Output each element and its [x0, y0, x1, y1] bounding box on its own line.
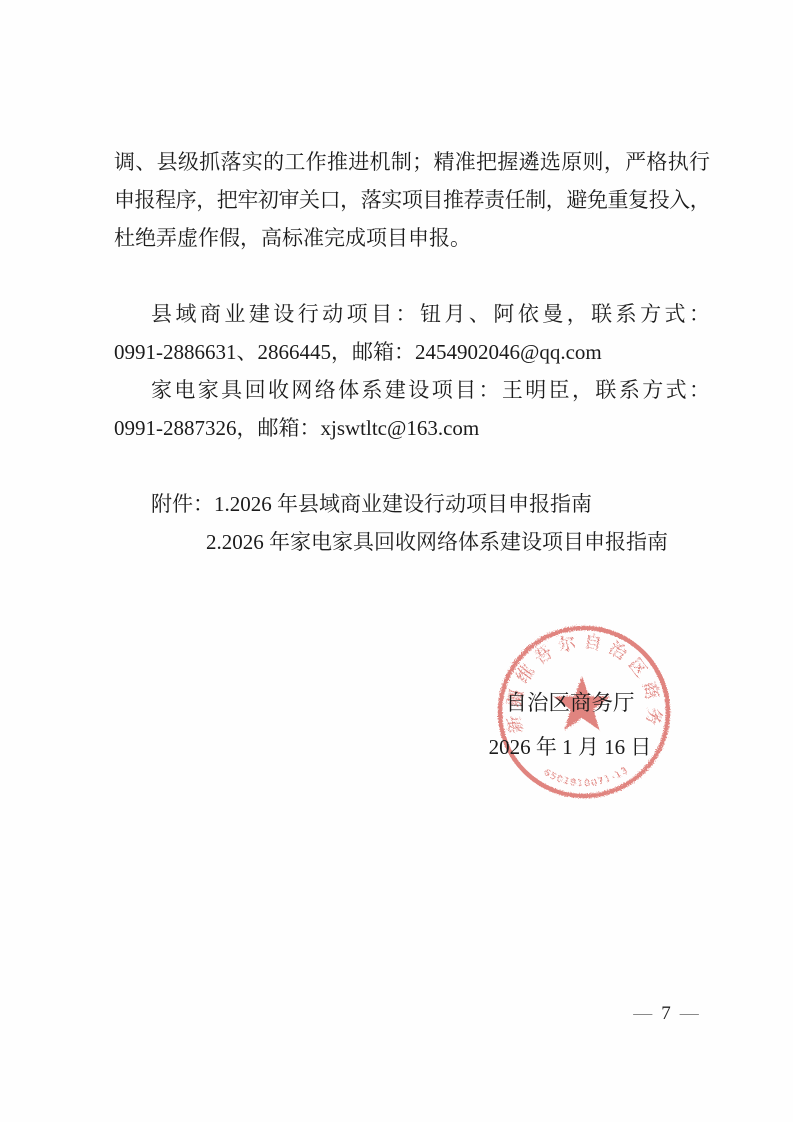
county-project-contact-line-2: 0991-2886631、2866445，邮箱：2454902046@qq.co… [114, 333, 710, 371]
recycle-project-contact-line-1: 家电家具回收网络体系建设项目：王明臣，联系方式： [114, 371, 710, 409]
page-number-value: 7 [661, 1003, 671, 1024]
blank-line [114, 447, 710, 485]
attachment-item-2: 2.2026 年家电家具回收网络体系建设项目申报指南 [114, 523, 710, 561]
footer-page-number: —7— [596, 1002, 736, 1026]
recycle-project-contact-line-2: 0991-2887326，邮箱：xjswtltc@163.com [114, 409, 710, 447]
closing-paragraph-line-2: 申报程序，把牢初审关口，落实项目推荐责任制，避免重复投入， [114, 181, 710, 219]
attachment-item-1: 附件：1.2026 年县域商业建设行动项目申报指南 [114, 485, 710, 523]
svg-text:6501910071-13: 6501910071-13 [542, 765, 631, 789]
closing-paragraph-line-1: 调、县级抓落实的工作推进机制；精准把握遴选原则，严格执行 [114, 143, 710, 181]
blank-line [114, 257, 710, 295]
closing-paragraph-line-3: 杜绝弄虚作假，高标准完成项目申报。 [114, 219, 710, 257]
signature-organization: 自治区商务厅 [470, 689, 670, 717]
county-project-contact-line-1: 县域商业建设行动项目：钮月、阿依曼，联系方式： [114, 295, 710, 333]
body-text: 调、县级抓落实的工作推进机制；精准把握遴选原则，严格执行 申报程序，把牢初审关口… [114, 143, 710, 561]
signature-date: 2026 年 1 月 16 日 [458, 732, 682, 762]
page-number-right-dash: — [680, 1003, 699, 1024]
page-number-left-dash: — [633, 1003, 652, 1024]
seal-code: 6501910071-13 [542, 765, 631, 789]
document-page: 调、县级抓落实的工作推进机制；精准把握遴选原则，严格执行 申报程序，把牢初审关口… [0, 0, 793, 1122]
